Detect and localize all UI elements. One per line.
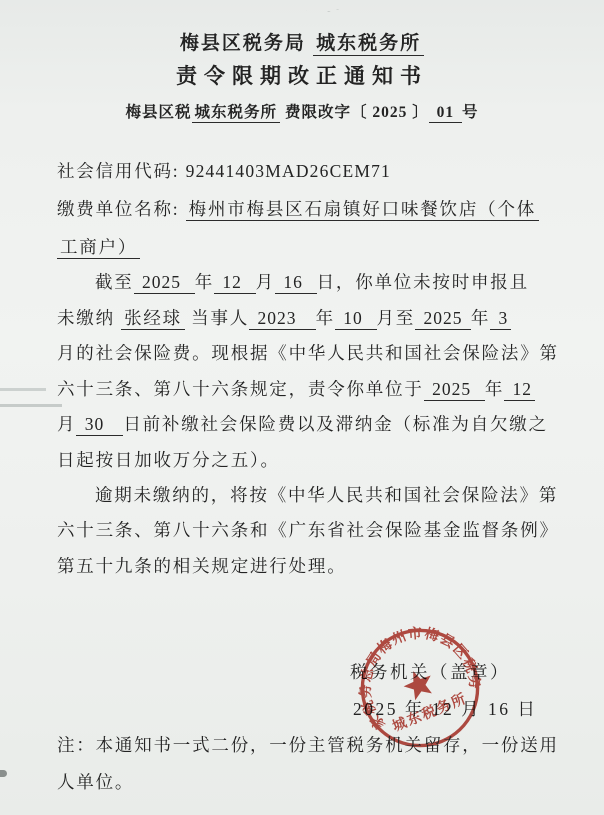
text-segment: 号	[462, 104, 479, 121]
seal-branch-text: 城东税务所	[390, 690, 469, 734]
text-segment: 六十三条、第八十六条规定，责令你单位于	[57, 379, 424, 399]
text-segment: 城东税务所	[192, 104, 281, 123]
text-segment: 12	[504, 379, 535, 401]
text-segment: 10	[335, 308, 377, 330]
document-title: 责令限期改正通知书	[0, 64, 604, 89]
scan-smudge	[298, 6, 342, 15]
text-segment: 未缴纳	[57, 308, 121, 328]
issuing-office-line: 梅县区税务局 城东税务所	[0, 33, 604, 56]
text-segment: 年	[195, 272, 214, 292]
text-segment: 费限改字〔 2025 〕	[280, 104, 429, 121]
text-segment: 2025	[424, 379, 485, 401]
text-segment: 月至	[377, 308, 416, 328]
footnote-line: 注：本通知书一式二份，一份主管税务机关留存，一份送用	[57, 735, 559, 756]
text-segment: 年	[316, 308, 335, 328]
payer-name-line-2: 工商户）	[57, 237, 140, 258]
fold-line	[0, 388, 46, 391]
text-segment: 01	[429, 104, 462, 123]
text-segment: 年	[485, 379, 504, 399]
text-segment: 第五十九条的相关规定进行处理。	[57, 556, 347, 576]
text-segment: 截至	[95, 272, 134, 292]
text-segment: 张经球	[121, 308, 185, 330]
edge-mark	[0, 770, 7, 777]
credit-code-label: 社会信用代码:	[57, 161, 186, 181]
text-segment: 日起按日加收万分之五）。	[57, 450, 280, 470]
body-line: 截至 2025 年 12 月 16 日，你单位未按时申报且	[95, 272, 529, 293]
document-number-line: 梅县区税城东税务所 费限改字〔 2025 〕 01 号	[0, 104, 604, 123]
text-segment: 2025	[415, 308, 471, 330]
text-segment: 30	[76, 414, 123, 436]
text-segment: 当事人	[185, 308, 249, 328]
payer-name-label: 缴费单位名称:	[57, 199, 186, 219]
body-line: 月的社会保险费。现根据《中华人民共和国社会保险法》第	[57, 343, 559, 364]
text-segment: 梅县区税务局	[180, 33, 313, 54]
payer-name-value: 梅州市梅县区石扇镇好口味餐饮店（个体	[186, 199, 539, 221]
text-segment: 逾期未缴纳的，将按《中华人民共和国社会保险法》第	[95, 485, 558, 505]
payer-name-value-cont: 工商户）	[57, 237, 140, 259]
text-segment: 日，你单位未按时申报且	[317, 272, 529, 292]
text-segment: 月	[57, 414, 76, 434]
text-segment: 六十三条、第八十六条和《广东省社会保险基金监督条例》	[57, 520, 559, 540]
text-segment: 年	[471, 308, 490, 328]
text-segment: 月	[256, 272, 275, 292]
body-line: 六十三条、第八十六条规定，责令你单位于 2025 年 12	[57, 379, 535, 400]
seal-star-icon	[400, 666, 437, 703]
text-segment: 月的社会保险费。现根据《中华人民共和国社会保险法》第	[57, 343, 559, 363]
body-line: 未缴纳 张经球 当事人 2023 年 10 月至 2025 年 3	[57, 308, 511, 329]
text-segment: 3	[490, 308, 511, 330]
fold-line	[0, 404, 62, 407]
text-segment: 2023	[249, 308, 316, 330]
text-segment: 12	[214, 272, 256, 294]
credit-code-value: 92441403MAD26CEM71	[186, 161, 391, 181]
text-segment: 2025	[134, 272, 195, 294]
scanned-notice-document: 梅县区税务局 城东税务所 责令限期改正通知书 梅县区税城东税务所 费限改字〔 2…	[0, 0, 604, 815]
credit-code-line: 社会信用代码: 92441403MAD26CEM71	[57, 161, 391, 182]
text-segment: 日前补缴社会保险费以及滞纳金（标准为自欠缴之	[123, 414, 548, 434]
text-segment: 城东税务所	[313, 33, 424, 56]
footnote-line-2: 人单位。	[57, 772, 134, 793]
text-segment: 16	[275, 272, 317, 294]
text-segment: 梅县区税	[126, 104, 192, 121]
body-line: 逾期未缴纳的，将按《中华人民共和国社会保险法》第	[95, 485, 558, 506]
body-line: 日起按日加收万分之五）。	[57, 450, 280, 471]
payer-name-line: 缴费单位名称: 梅州市梅县区石扇镇好口味餐饮店（个体	[57, 199, 539, 220]
body-line: 月 30 日前补缴社会保险费以及滞纳金（标准为自欠缴之	[57, 414, 548, 435]
body-line: 六十三条、第八十六条和《广东省社会保险基金监督条例》	[57, 520, 559, 541]
body-line: 第五十九条的相关规定进行处理。	[57, 556, 347, 577]
